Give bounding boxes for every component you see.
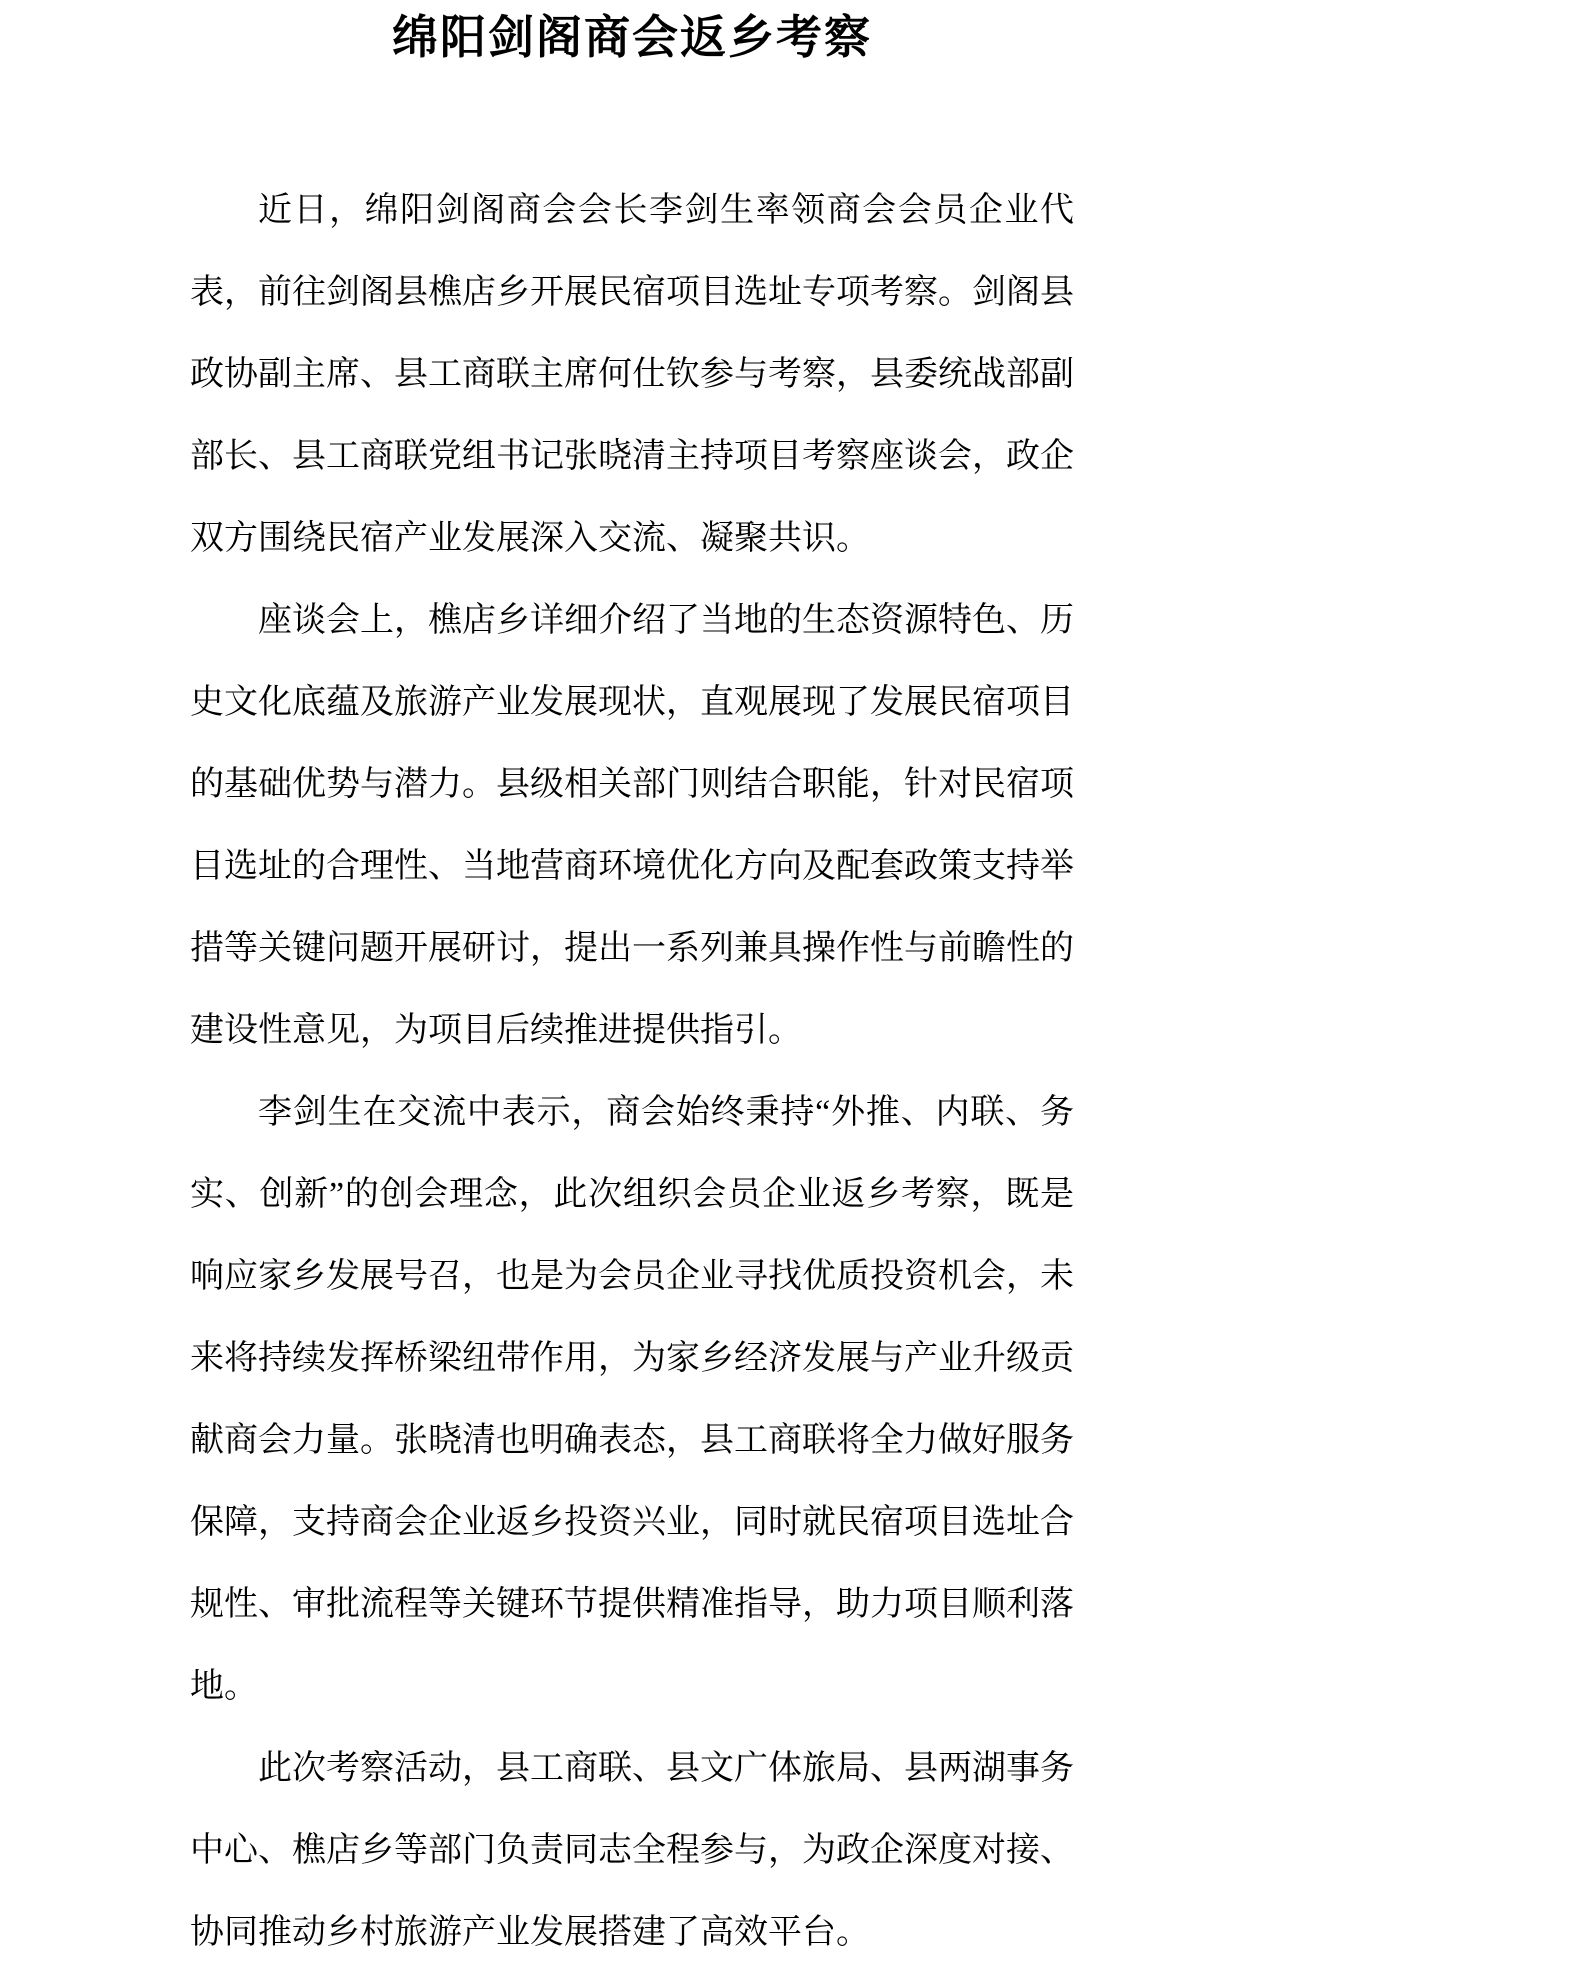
paragraph: 此次考察活动，县工商联、县文广体旅局、县两湖事务中心、樵店乡等部门负责同志全程参…: [190, 1728, 1074, 1974]
paragraph: 李剑生在交流中表示，商会始终秉持“外推、内联、务实、创新”的创会理念，此次组织会…: [190, 1072, 1074, 1728]
document-title: 绵阳剑阁商会返乡考察: [190, 6, 1074, 70]
document-body: 近日，绵阳剑阁商会会长李剑生率领商会会员企业代表，前往剑阁县樵店乡开展民宿项目选…: [190, 170, 1074, 1974]
document-page: 绵阳剑阁商会返乡考察 近日，绵阳剑阁商会会长李剑生率领商会会员企业代表，前往剑阁…: [0, 0, 1587, 1986]
paragraph: 座谈会上，樵店乡详细介绍了当地的生态资源特色、历史文化底蕴及旅游产业发展现状，直…: [190, 580, 1074, 1072]
document-content: 绵阳剑阁商会返乡考察 近日，绵阳剑阁商会会长李剑生率领商会会员企业代表，前往剑阁…: [190, 0, 1074, 1974]
paragraph: 近日，绵阳剑阁商会会长李剑生率领商会会员企业代表，前往剑阁县樵店乡开展民宿项目选…: [190, 170, 1074, 580]
